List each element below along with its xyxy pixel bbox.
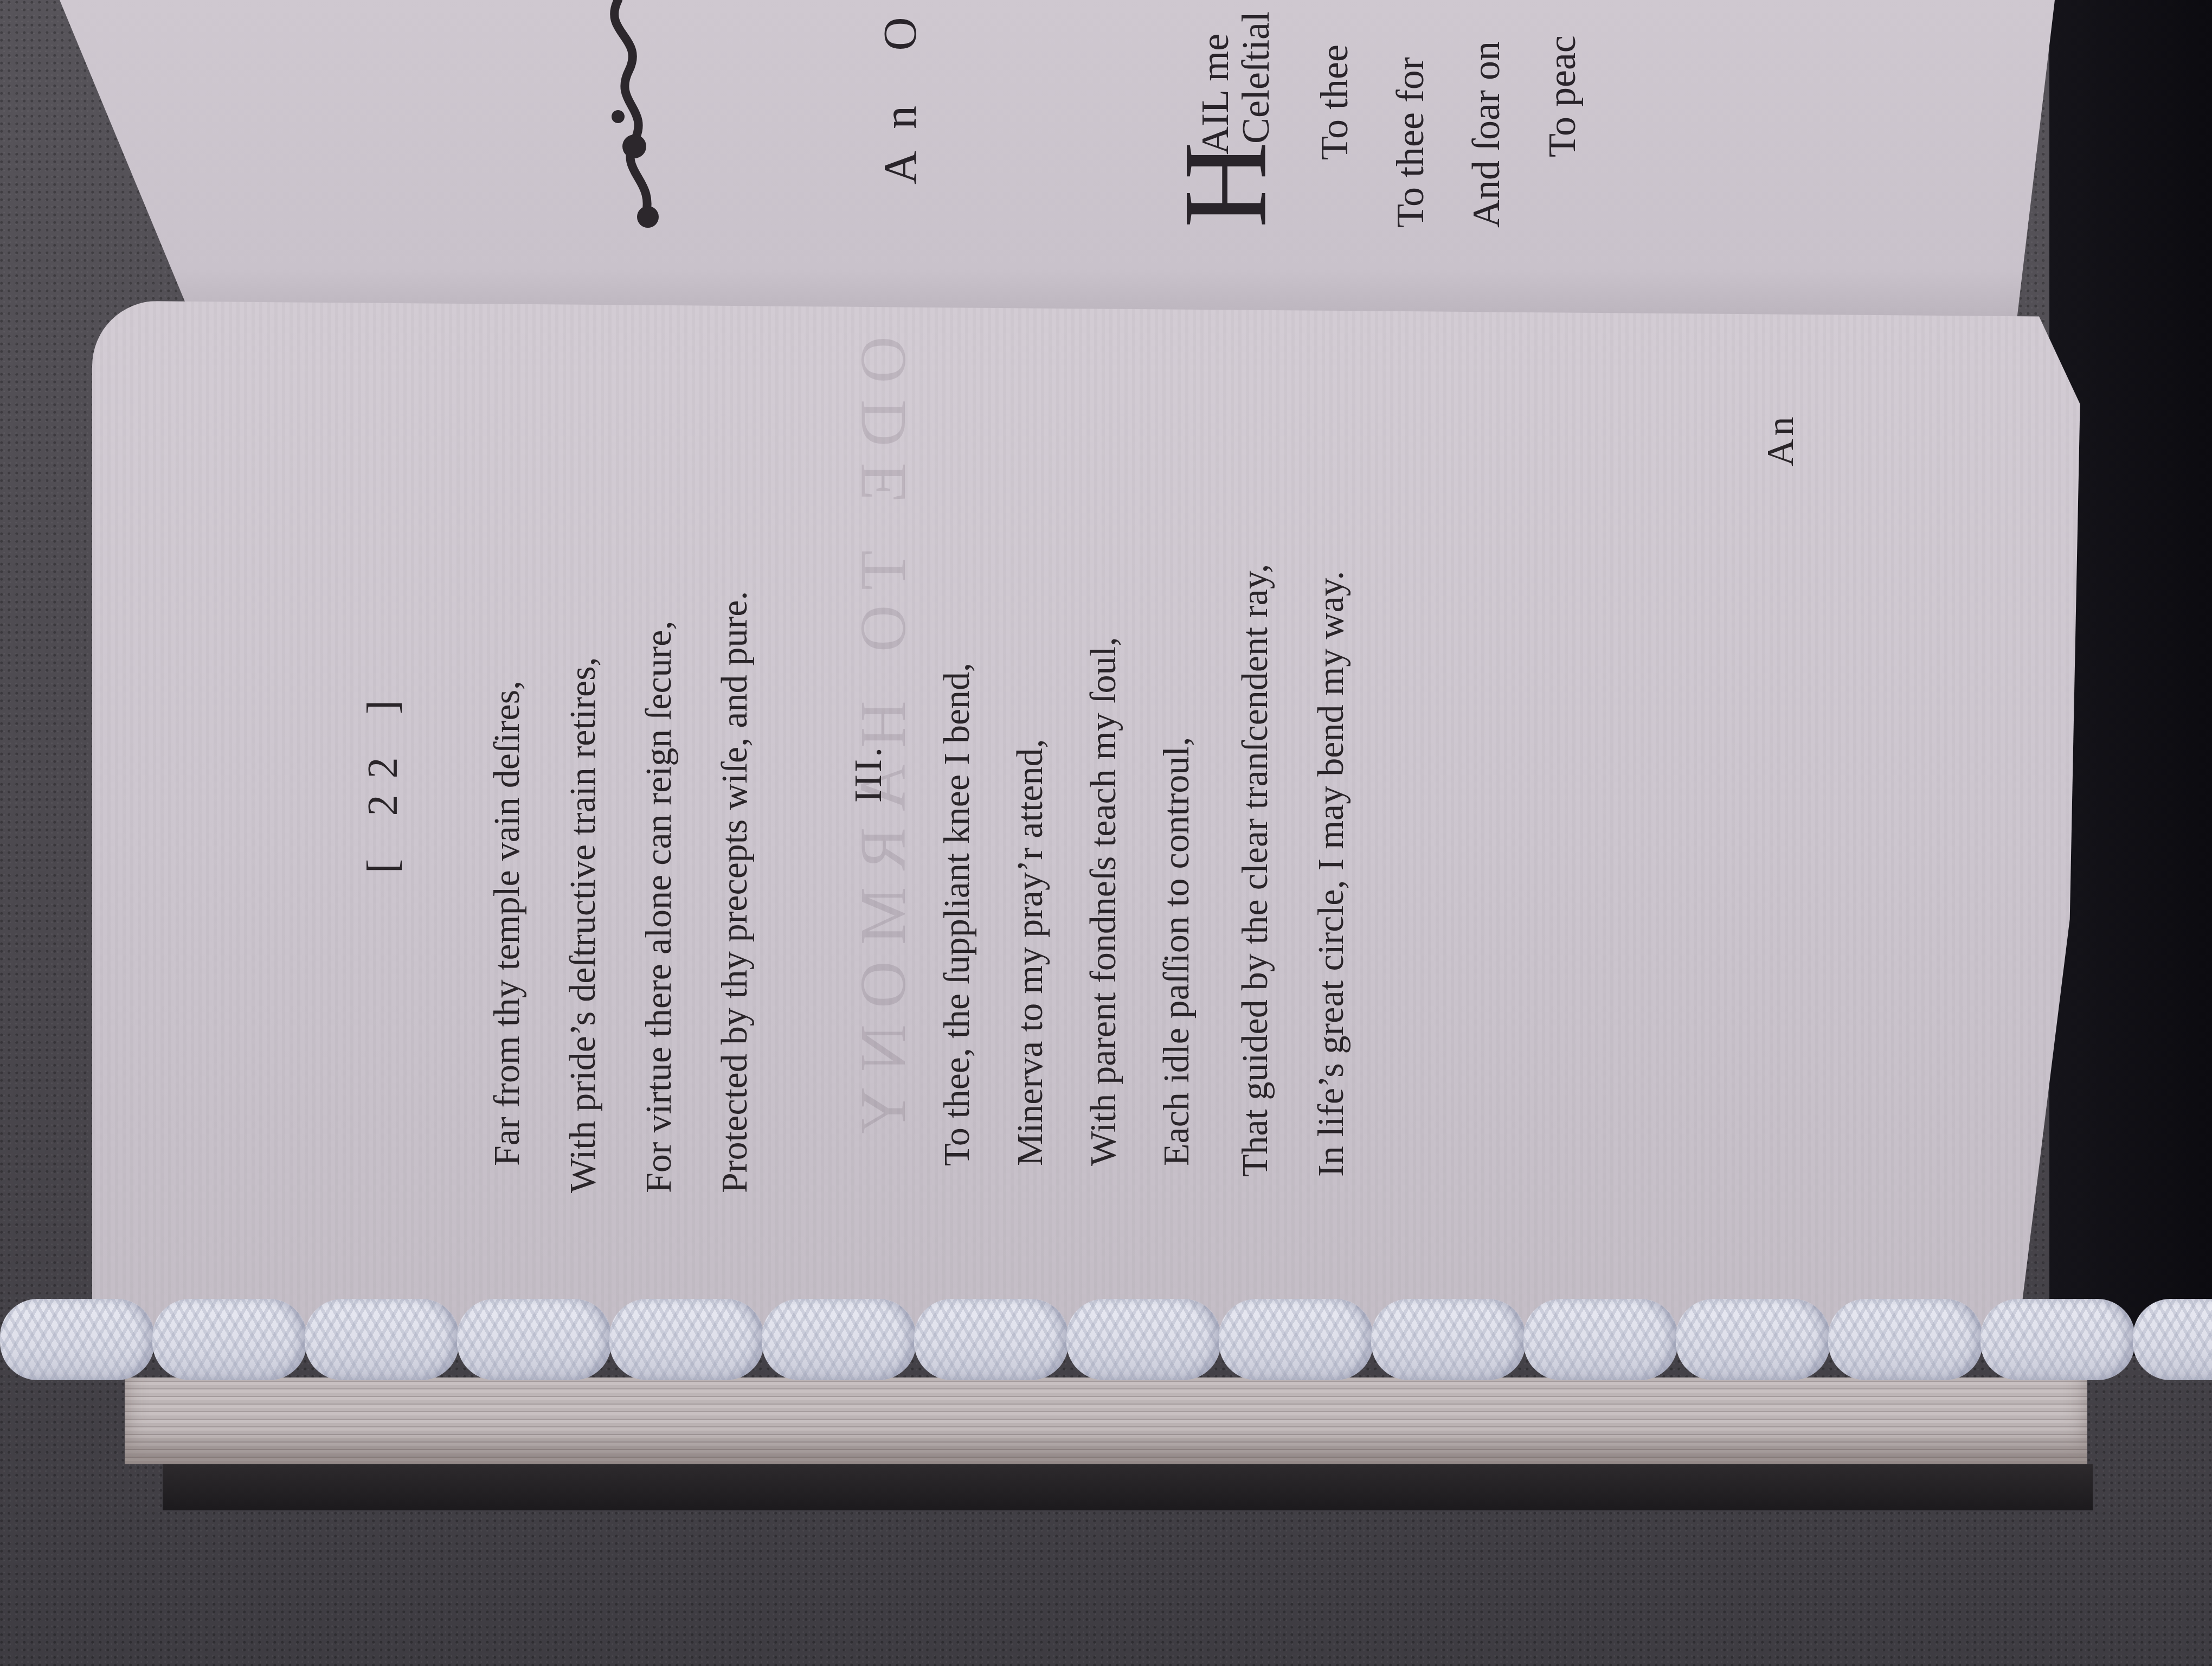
- verse-line: That guided by the clear tranſcendent ra…: [1236, 564, 1273, 1177]
- verse-line: For virtue there alone can reign ſecure,: [640, 621, 677, 1193]
- cord-segment: [1980, 1299, 2135, 1380]
- facing-line-5: And ſoar on: [1464, 41, 1509, 228]
- cord-segment: [1371, 1299, 1526, 1380]
- facing-line-6: To peac: [1540, 35, 1585, 157]
- facing-line-2: Celeſtial: [1233, 11, 1278, 144]
- verse-line: With pride’s deſtructive train retires,: [564, 657, 601, 1193]
- cord-segment: [1066, 1299, 1221, 1380]
- cord-segment: [152, 1299, 307, 1380]
- cord-segment: [457, 1299, 612, 1380]
- cord-segment: [762, 1299, 916, 1380]
- cord-segment: [305, 1299, 459, 1380]
- verse-line: Minerva to my pray’r attend,: [1011, 739, 1048, 1166]
- verse-line: Each idle paſſion to controul,: [1158, 737, 1194, 1166]
- verse-line: To thee, the ſuppliant knee I bend,: [938, 663, 975, 1166]
- facing-line-3: To thee: [1312, 44, 1357, 160]
- page-number: [ 22 ]: [358, 684, 407, 873]
- cord-segment: [914, 1299, 1069, 1380]
- cord-segment: [1523, 1299, 1678, 1380]
- verse-line: Protected by thy precepts wiſe, and pure…: [716, 591, 753, 1193]
- cord-segment: [2133, 1299, 2212, 1380]
- cord-segment: [1828, 1299, 1983, 1380]
- cord-segment: [609, 1299, 764, 1380]
- verse-line: With parent fondneſs teach my ſoul,: [1084, 637, 1121, 1166]
- page-fore-edge: [125, 1377, 2087, 1464]
- book-cover-edge: [163, 1464, 2093, 1510]
- stanza-number: III.: [846, 745, 891, 803]
- cord-segment: [1676, 1299, 1830, 1380]
- facing-title: An Od: [873, 0, 927, 184]
- facing-line-1: AIL me: [1193, 34, 1238, 155]
- bleed-through-text: ODE TO HARMONY: [846, 336, 921, 1151]
- book-weight-cord: [0, 1293, 2212, 1386]
- verse-line: Far from thy temple vain deſires,: [488, 681, 525, 1166]
- facing-page: [60, 0, 2055, 336]
- cord-segment: [0, 1299, 155, 1380]
- cord-segment: [1219, 1299, 1373, 1380]
- verse-line: In life’s great circle, I may bend my wa…: [1312, 571, 1349, 1177]
- catchword: An: [1759, 413, 1803, 466]
- fleuron-ornament-icon: [596, 0, 683, 239]
- facing-line-4: To thee for: [1388, 57, 1433, 228]
